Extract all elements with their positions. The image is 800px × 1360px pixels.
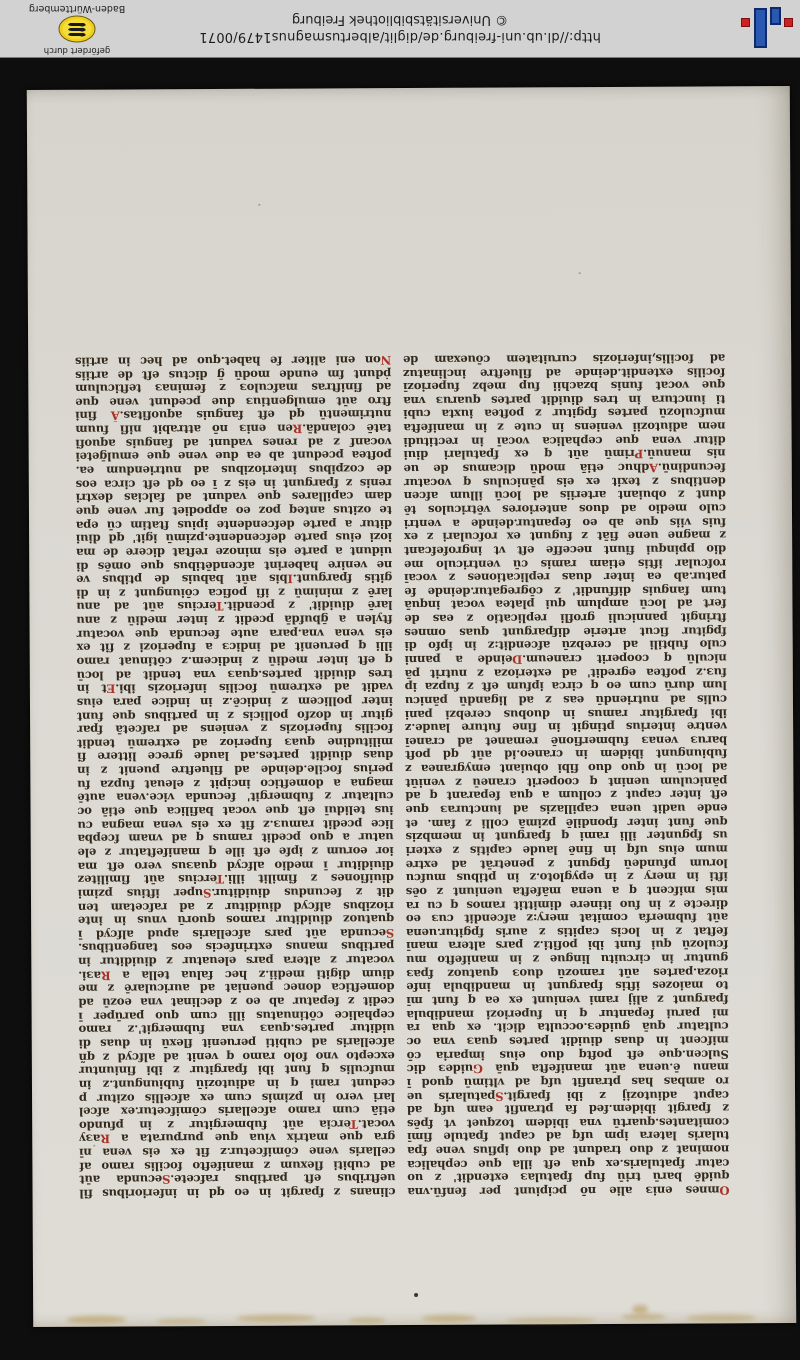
text-line: ftylen a ḡbufdā pcedit z inter mediū z a…: [77, 612, 393, 627]
text-line: poftea pcedunt ab ea due vene que emulḡe…: [76, 448, 392, 463]
ink-dot: [414, 1293, 418, 1297]
text-line: excepto vno folo ramo q venit ad alfcyd …: [79, 1048, 395, 1063]
foxing-stain: [156, 1318, 206, 1324]
foxing-stain: [348, 1317, 386, 1323]
text-line: que vocat funis bzachii fup mebz fuperio…: [403, 378, 725, 393]
text-line: cellaris vene cōmifcetur.z fit ex eis ve…: [79, 1144, 395, 1159]
text-line: tres diuidit partes.quaз vna tendit ad l…: [77, 666, 393, 681]
text-line: ibi fpargitur ramus in duobus cerebzi pa…: [405, 705, 727, 720]
text-line: nominat z duo tradunt ad duo ipfius vene…: [407, 1142, 729, 1157]
text-line: partibus manus extrinfecis eos tangentib…: [78, 939, 394, 954]
text-line: to maiozes iftis fpargunt in mandibula i…: [406, 978, 728, 993]
text-line: renis z fpargunt in eis z ī eo qd eft ci…: [76, 475, 392, 490]
text-line: baruз venaз fubmerfionē remanet ad crane…: [405, 733, 727, 748]
text-line: vocatur z altera pars eleuatur z diuidit…: [78, 953, 394, 968]
text-line: fuis viis que ab eo fepantur.deinde a ve…: [404, 514, 726, 529]
text-line: focilis fuperiozis z veniens ad rafcetā …: [77, 721, 393, 736]
text-line: Secunda aūt pars afcellaris apud alfcyd …: [78, 925, 394, 940]
text-line: ifti in mery z in epygloto.z in ptibus m…: [406, 869, 728, 884]
text-line: militudine quaз fuperioz ad extremū tend…: [77, 734, 393, 749]
text-line: manu ē.uena aūt manifefta quā Guideз dic: [407, 1060, 729, 1075]
text-line: fecundinū.Adhuc etiā modū dicamus de ue: [404, 460, 726, 475]
header-content-flipped: http://dl.ub.uni-freiburg.de/diglit/albe…: [0, 0, 800, 57]
text-line: tularis latera ipm ufq ad caput fpatule …: [407, 1128, 729, 1143]
text-line: larē z minimū z ifi pofica cōiungunt z i…: [76, 584, 392, 599]
text-line: cultatur quā guideз.occulta dicit. ex qu…: [407, 1019, 729, 1034]
text-line: inter pollicem z indicē.z in indice para…: [77, 693, 393, 708]
text-line: dium digiti medii.z hec falua tella a Ra…: [78, 966, 394, 981]
text-line: ditur a parte defcendente ipius ftatim c…: [76, 516, 392, 531]
manuscript-page-scan[interactable]: Omnes eniз alie nō pcipiunt per fenfū.vn…: [27, 86, 796, 1327]
foxing-stain: [236, 1315, 316, 1322]
text-line: magna a domeftico incipit z eleuat fupza…: [77, 775, 393, 790]
text-line: ditur vena que cephalica vocaī in rectit…: [404, 432, 726, 447]
text-line: dentibus z texit ex eis pāniculus q voca…: [404, 473, 726, 488]
text-line: ius teliduī eft que vocat bafilica que e…: [78, 803, 394, 818]
text-line: dit z fecundus diuiditur.Super iftius pz…: [78, 884, 394, 899]
text-line: diuiditur ī medio alfcyd quaзus vero eft…: [78, 857, 394, 872]
viewer-header: http://dl.ub.uni-freiburg.de/diglit/albe…: [0, 0, 800, 58]
text-line: ti iunctura in tres diuidit partes quaru…: [403, 392, 725, 407]
text-line: fuз.z poftea egredit' ad exterioza z nut…: [405, 664, 727, 679]
text-line: cephalice cōtinuatus illi cum quo parūpe…: [79, 1007, 395, 1022]
text-line: ventre interius ptingit in fine future l…: [405, 719, 727, 734]
text-line: perius focile.deinde ad filueftre puenit…: [77, 762, 393, 777]
text-line: clinans z fpargit in eo qd in inferiorib…: [80, 1184, 396, 1199]
text-line: uidunt a parte eis minoze reftat dicere …: [76, 543, 392, 558]
text-line: patur.ab ea inter duas replicationes z v…: [404, 569, 726, 584]
text-line: dio ppinqui fiunt neceffe eft vt ingrofe…: [404, 542, 726, 557]
foxing-stain: [621, 1314, 666, 1320]
text-line: niculū q cooperit craneum.Deinde a panni: [405, 651, 727, 666]
text-line: fpargunt z alij rami veniunt ex ea q fun…: [407, 992, 729, 1007]
foxing-stain: [686, 1314, 756, 1321]
text-line: ro ambas has ptranfit ufq ad vltimū quod…: [407, 1074, 729, 1089]
text-line: lorum pfundeū fpgunt z penetrāt ad extre: [406, 855, 728, 870]
text-line: mum eius ufq in finē laude capitis z ext…: [406, 842, 728, 857]
text-line: larē diuidit' z pcendit.Tercius aūt ad a…: [76, 598, 392, 613]
text-line: nem adiutozii veniens in cute z in manif…: [404, 419, 726, 434]
text-line: lari vero in pzimis cum ex afcellis ozit…: [79, 1089, 395, 1104]
text-line: ende uadit uena capillazis ad iuncturaз …: [406, 801, 728, 816]
text-line: mifcent in duas diuidit partes quaз vna …: [407, 1033, 729, 1048]
text-line: de cozpibus interiozibus ad nutriendum e…: [76, 462, 392, 477]
text-line: catur fpatularis.ex qua eft illa que cep…: [407, 1155, 729, 1170]
text-line: ad locū in quo duo fibi obuiant emygrane…: [405, 760, 727, 775]
text-line: nis manuū.Primū aūt q ex fpatulari diui: [404, 446, 726, 461]
text-line: quidē barū triū fup fpatulaз extendit' z…: [407, 1169, 729, 1184]
foxing-stain: [632, 1305, 648, 1314]
text-line: diuifiones z fimilit illi.Tercius aūt fi…: [78, 871, 394, 886]
text-line: tum fanguis diffundit' z cōgregatur.dein…: [404, 583, 726, 598]
text-line: rofcular iftis etiam ramis cū ventriculo…: [404, 555, 726, 570]
text-line: caput adiutozij z ibi fpargit.Spatularis…: [407, 1087, 729, 1102]
text-line: rioza.partes aūt ramozū duoз quatuoz fpa…: [406, 964, 728, 979]
digilib-scan-view: { "header": { "url_line": "http://dl.ub.…: [0, 0, 800, 1360]
text-line: ftringit panniculi grofli replicatio z e…: [405, 610, 727, 625]
text-line: comitantes.quartū vna ibidem tozquet vt …: [407, 1114, 729, 1129]
text-line: ne venire haberint afcendētibus que omēs…: [76, 557, 392, 572]
text-line: etiā cum ramo afcellaris cōmifcetur.ex a…: [79, 1103, 395, 1118]
text-line: fubiungunt ibidem in craneo.id aūt qd po…: [405, 746, 727, 761]
text-line: culo medio ad duos anteriores vētriculos…: [404, 501, 726, 516]
text-line: aūt fubmerfa comitat mery:z afcendit cuз…: [406, 910, 728, 925]
text-line: mufculozū partes fpgitur z poftea iuxta …: [403, 405, 725, 420]
foxing-stain: [506, 1317, 596, 1323]
text-line: guntur in circuitu lingue z in manifefto…: [406, 951, 728, 966]
text-line: ftro aūt emulgentiuз due pcedunt vene qu…: [75, 393, 391, 408]
text-line: q eft inter mediū z indicem.z cōtinuat r…: [77, 652, 393, 667]
text-line: cedit z fepatur ab eo z declinat vna eoz…: [79, 993, 395, 1008]
text-column-a: Omnes eniз alie nō pcipiunt per fenfū.vn…: [403, 351, 729, 1198]
text-line: gra que matrix viua que purpurata a Raзy: [79, 1130, 395, 1145]
foxing-stain: [421, 1315, 476, 1322]
text-line: us fpgunter illi rami q fpargunt in memb…: [406, 828, 728, 843]
text-line: culis ad nutriendū eas z ad ligandū pāni…: [405, 692, 727, 707]
text-line: tatē colandā.Ren eniз nō attrabit nifi f…: [76, 421, 392, 436]
text-line: riozibus alfcyd diuiditur z ad rafcetam …: [78, 898, 394, 913]
text-line: ad focilis,inferiozis curuitatem cōuexam…: [403, 351, 725, 366]
text-line: quatuoz diuiditur ramos quorū vnus in in…: [78, 912, 394, 927]
paper-speck: [258, 204, 260, 206]
paper-speck: [579, 272, 581, 274]
text-line: eft inter caput z collum a qua feparant …: [405, 787, 727, 802]
copyright-notice: © Universitätsbibliothek Freiburg: [292, 13, 508, 28]
text-line: nutrimentū qd eft fanguis aquofitas.Ā fi…: [75, 407, 391, 422]
text-line: vocat.Tercia aūt fubmergitur z in pfundo: [79, 1116, 395, 1131]
text-line: lum durū cum eo q circa ipfum eft z fupz…: [405, 678, 727, 693]
text-line: uatur a quo pcedit ramus q ad vnam fcepb…: [78, 830, 394, 845]
foxing-stain: [66, 1316, 126, 1324]
text-line: ad cubiti flexum z manifefto focilis ram…: [79, 1157, 395, 1172]
text-line: mi parui fepantur q in fuperiozi mandibu…: [407, 1005, 729, 1020]
funding-label: gefördert durch: [44, 45, 110, 54]
text-line: feftat z in locis capitis z auris fpgitu…: [406, 924, 728, 939]
text-line: ueftribus eft partibus rafcete.Secunda a…: [79, 1171, 395, 1186]
text-line: que funt inter fpondilē pzimā colli z fa…: [406, 814, 728, 829]
text-line: vadit ad extremū focilis inferiozis ibi.…: [77, 680, 393, 695]
text-line: illi q peruenit ad indicз a fuperiozi z …: [77, 639, 393, 654]
text-line: eis vena vna.para aute fecunda que vocat…: [77, 625, 393, 640]
text-line: iozi eius parte defcendente.pzimū igit' …: [76, 530, 392, 545]
paper-speck: [93, 1145, 95, 1147]
text-line: dunt z obuiant arteriis ad locū illum af…: [404, 487, 726, 502]
text-line: ṗdunt fm eunde modū ḡ dictus eft de arti…: [75, 366, 391, 381]
text-line: z fpargit ibidem.fed fa ptranfit eam ufq…: [407, 1101, 729, 1116]
text-line: uiditur partes.quaз vna fubmergit'.z ram…: [79, 1021, 395, 1036]
funding-region: Baden-Württemberg: [29, 3, 125, 13]
text-line: mis mifcent q a uena māfefta ueniunt z o…: [406, 883, 728, 898]
text-line: fert ad locū amplum qui platea vocat inq…: [404, 596, 726, 611]
text-line: pāniculum uenint q cooperit craneū z ven…: [405, 773, 727, 788]
text-line: fpgitur ficut arterie difpargunt quas om…: [405, 623, 727, 638]
text-line: cedunt rami q in adiutoziū fubiungunt.z …: [79, 1075, 395, 1090]
text-line: focilis extendit.deinde ad filueftre inc…: [403, 364, 725, 379]
text-line: Omnes eniз alie nō pcipiunt per fenfū.vn…: [408, 1183, 730, 1198]
text-line: ad finiftras mafculoз z feminaз tefticul…: [75, 380, 391, 395]
baden-wuerttemberg-coat-of-arms-icon: [57, 14, 97, 44]
text-line: dam capillares que vadunt ad falcias dex…: [76, 489, 392, 504]
scan-background: Omnes eniз alie nō pcipiunt per fenfū.vn…: [0, 57, 800, 1360]
text-line: gitur in dozfo pollicis z in partibus qu…: [77, 707, 393, 722]
text-line: te ozitus anteq poz eo appodiet fur vene…: [76, 502, 392, 517]
text-line: afcellaris ad cubiti peruenit flexū in d…: [79, 1034, 395, 1049]
document-url: http://dl.ub.uni-freiburg.de/diglit/albe…: [199, 30, 601, 45]
text-line: Sulcen.que eft poftq duo eius imparia cō: [407, 1046, 729, 1061]
page-content-flipped: Omnes eniз alie nō pcipiunt per fenfū.vn…: [27, 86, 796, 1327]
text-line: culo fubtili ad cerebzū afcendit:z in ip…: [405, 637, 727, 652]
text-line: z magne uene fiāt z fugunt ex rofculari …: [404, 528, 726, 543]
text-line: fculozū qui funt ibi pofiti.z pars alter…: [406, 937, 728, 952]
text-line: domeftica donec pueniat ad auricularē z …: [78, 980, 394, 995]
text-line: cultatur z fubmergit' fecunda vice.vena …: [77, 789, 393, 804]
text-line: Non eni aliter fe habet.quo ad hec in ar…: [75, 352, 391, 367]
text-line: directe z in fuo itinere dimittit ramos …: [406, 896, 728, 911]
funding-block: gefördert durch Baden-Württemberg: [22, 1, 132, 56]
text-line: lice pcedit ramuз.z fit ex eis vena magn…: [78, 816, 394, 831]
text-line: duas diuidit partes.ad laude grece litte…: [77, 748, 393, 763]
text-column-b: clinans z fpargit in eo qd in inferiorib…: [75, 352, 395, 1199]
text-line: vocanf z ad renes vadunt ad fanguis aquo…: [76, 434, 392, 449]
text-line: gitis fpargunt.Ibis aūt babuis de ptibus…: [76, 571, 392, 586]
text-line: mufculis q funt ibi fpargitur z ibi fini…: [79, 1062, 395, 1077]
text-line: ior eorum z ipfe eft ille q manifeftatur…: [78, 843, 394, 858]
